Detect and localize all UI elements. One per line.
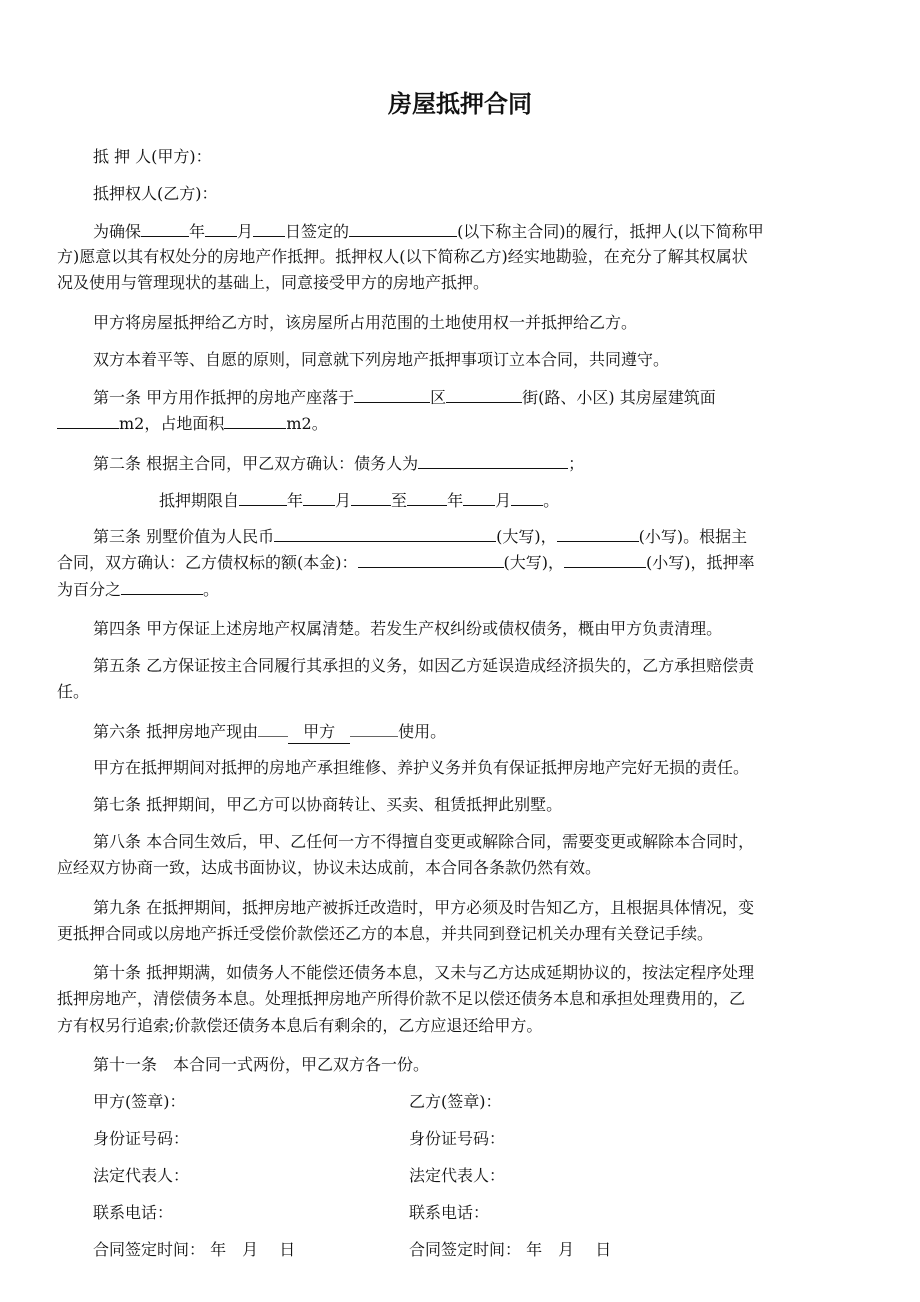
article-1-label: 第一条 — [93, 388, 141, 407]
blank-debtor[interactable] — [418, 452, 568, 469]
article-9-line-1: 第九条 在抵押期间，抵押房地产被拆迁改造时，甲方必须及时告知乙方，且根据具体情况… — [93, 897, 754, 919]
article-10-label: 第十条 — [93, 963, 141, 982]
article-5-line-2: 任。 — [57, 681, 89, 703]
party-a-rep: 法定代表人： — [93, 1165, 189, 1187]
blank-land-area[interactable] — [224, 412, 286, 429]
article-2-term: 抵押期限自年月至年月。 — [159, 489, 559, 512]
party-b-phone: 联系电话： — [409, 1202, 489, 1224]
blank-term-start-year[interactable] — [239, 489, 287, 506]
article-1-line-2: m2，占地面积m2。 — [57, 412, 328, 435]
party-a-seal: 甲方(签章)： — [93, 1091, 186, 1113]
blank-day[interactable] — [253, 220, 285, 237]
blank-value-upper[interactable] — [274, 525, 496, 542]
article-1-line-1: 第一条 甲方用作抵押的房地产座落于区街(路、小区) 其房屋建筑面 — [93, 386, 716, 409]
party-b-id: 身份证号码： — [409, 1128, 505, 1150]
underline-pad — [350, 720, 398, 737]
article-3-line-2: 合同，双方确认：乙方债权标的额(本金)：(大写)，(小写)，抵押率 — [57, 551, 755, 574]
party-a-date: 合同签定时间： 年 月 日 — [93, 1239, 295, 1261]
article-8-line-2: 应经双方协商一致，达成书面协议，协议未达成前，本合同各条款仍然有效。 — [57, 857, 601, 879]
article-8-line-1: 第八条 本合同生效后，甲、乙任何一方不得擅自变更或解除合同，需要变更或解除本合同… — [93, 831, 754, 853]
preamble-p3: 双方本着平等、自愿的原则，同意就下列房地产抵押事项订立本合同，共同遵守。 — [93, 349, 669, 371]
mortgagee-label: 抵押权人(乙方)： — [93, 183, 218, 205]
blank-principal-lower[interactable] — [564, 551, 646, 568]
party-b-date: 合同签定时间： 年 月 日 — [409, 1239, 611, 1261]
article-2-line-1: 第二条 根据主合同，甲乙双方确认：债务人为； — [93, 452, 584, 475]
preamble-p2: 甲方将房屋抵押给乙方时，该房屋所占用范围的土地使用权一并抵押给乙方。 — [93, 312, 637, 334]
mortgagor-label: 抵 押 人(甲方)： — [93, 146, 212, 168]
blank-district[interactable] — [354, 386, 430, 403]
article-7: 第七条 抵押期间，甲乙方可以协商转让、买卖、租赁抵押此别墅。 — [93, 794, 562, 816]
article-3-label: 第三条 — [93, 527, 141, 546]
blank-mortgage-rate[interactable] — [121, 578, 203, 595]
blank-value-lower[interactable] — [557, 525, 639, 542]
blank-term-start-day[interactable] — [351, 489, 391, 506]
blank-year[interactable] — [141, 220, 189, 237]
blank-main-contract[interactable] — [349, 220, 457, 237]
article-7-label: 第七条 — [93, 795, 141, 814]
blank-term-end-month[interactable] — [463, 489, 495, 506]
party-b-seal: 乙方(签章)： — [409, 1091, 502, 1113]
document-title: 房屋抵押合同 — [0, 84, 920, 119]
blank-term-end-day[interactable] — [511, 489, 543, 506]
article-3-line-1: 第三条 别墅价值为人民币(大写)，(小写)。根据主 — [93, 525, 747, 548]
blank-building-area[interactable] — [57, 412, 119, 429]
article-6-label: 第六条 — [93, 722, 141, 741]
blank-term-end-year[interactable] — [407, 489, 447, 506]
article-10-line-2: 抵押房地产，清偿债务本息。处理抵押房地产所得价款不足以偿还债务本息和承担处理费用… — [57, 988, 745, 1010]
article-9-line-2: 更抵押合同或以房地产拆迁受偿价款偿还乙方的本息，并共同到登记机关办理有关登记手续… — [57, 923, 713, 945]
preamble-line-2: 方)愿意以其有权处分的房地产作抵押。抵押权人(以下简称乙方)经实地勘验，在充分了… — [57, 246, 748, 268]
article-11-label: 第十一条 — [93, 1055, 157, 1074]
article-11: 第十一条 本合同一式两份，甲乙双方各一份。 — [93, 1054, 429, 1076]
article-6-note: 甲方在抵押期间对抵押的房地产承担维修、养护义务并负有保证抵押房地产完好无损的责任… — [93, 757, 749, 779]
article-2-label: 第二条 — [93, 454, 141, 473]
preamble-line-3: 况及使用与管理现状的基础上，同意接受甲方的房地产抵押。 — [57, 272, 489, 294]
article-3-line-3: 为百分之。 — [57, 578, 219, 601]
article-9-label: 第九条 — [93, 898, 141, 917]
article-4: 第四条 甲方保证上述房地产权属清楚。若发生产权纠纷或债权债务，概由甲方负责清理。 — [93, 618, 722, 640]
preamble-line-1: 为确保年月日签定的(以下称主合同)的履行，抵押人(以下简称甲 — [93, 220, 764, 243]
blank-term-start-month[interactable] — [303, 489, 335, 506]
blank-principal-upper[interactable] — [358, 551, 504, 568]
party-a-phone: 联系电话： — [93, 1202, 173, 1224]
field-user[interactable]: 甲方 — [288, 721, 350, 744]
article-5-line-1: 第五条 乙方保证按主合同履行其承担的义务，如因乙方延误造成经济损失的，乙方承担赔… — [93, 655, 754, 677]
party-a-id: 身份证号码： — [93, 1128, 189, 1150]
contract-page: 房屋抵押合同 抵 押 人(甲方)： 抵押权人(乙方)： 为确保年月日签定的(以下… — [0, 0, 920, 1302]
article-4-label: 第四条 — [93, 619, 141, 638]
article-5-label: 第五条 — [93, 656, 141, 675]
blank-month[interactable] — [205, 220, 237, 237]
party-b-rep: 法定代表人： — [409, 1165, 505, 1187]
article-10-line-1: 第十条 抵押期满，如债务人不能偿还债务本息，又未与乙方达成延期协议的，按法定程序… — [93, 962, 754, 984]
article-10-line-3: 方有权另行追索;价款偿还债务本息后有剩余的，乙方应退还给甲方。 — [57, 1015, 542, 1037]
blank-street[interactable] — [446, 386, 522, 403]
article-8-label: 第八条 — [93, 832, 141, 851]
article-6: 第六条 抵押房地产现由甲方使用。 — [93, 720, 446, 744]
underline-pad — [258, 720, 288, 737]
